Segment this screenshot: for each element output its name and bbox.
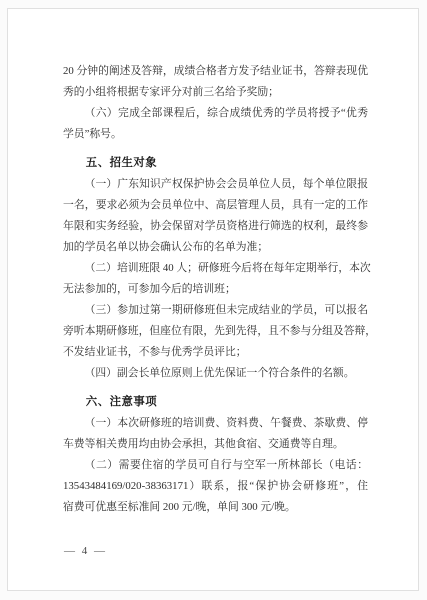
text-line: 年限和实务经验，协会保留对学员资格进行筛选的权利，最终参	[63, 216, 368, 237]
text-line: 学员”称号。	[63, 124, 368, 145]
page-content: 20 分钟的阐述及答辩，成绩合格者方发予结业证书，答辩表现优 秀的小组将根据专家…	[63, 61, 368, 518]
paragraph-note-1: （一）本次研修班的培训费、资料费、午餐费、茶歇费、停 车费等相关费用均由协会承担…	[63, 413, 368, 455]
text-line: 一名，要求必须为会员单位中、高层管理人员，具有一定的工作	[63, 195, 368, 216]
text-line: （四）副会长单位原则上优先保证一个符合条件的名额。	[63, 363, 368, 384]
section-heading-5: 五、招生对象	[63, 153, 368, 174]
text-line: 宿费可优惠至标准间 200 元/晚，单间 300 元/晚。	[63, 497, 368, 518]
paragraph-item-2: （二）培训班限 40 人；研修班今后将在每年定期举行，本次 无法参加的，可参加今…	[63, 258, 368, 300]
text-line: （一）广东知识产权保护协会会员单位人员，每个单位限报	[63, 174, 368, 195]
page-number: — 4 —	[64, 545, 107, 557]
text-line: 不发结业证书，不参与优秀学员评比；	[63, 342, 368, 363]
text-line: 车费等相关费用均由协会承担，其他食宿、交通费等自理。	[63, 434, 368, 455]
paragraph-item-4: （四）副会长单位原则上优先保证一个符合条件的名额。	[63, 363, 368, 384]
paragraph-item-6: （六）完成全部课程后，综合成绩优秀的学员将授予“优秀 学员”称号。	[63, 103, 368, 145]
text-line: （三）参加过第一期研修班但未完成结业的学员，可以报名	[63, 300, 368, 321]
section-heading-6: 六、注意事项	[63, 392, 368, 413]
text-line: （一）本次研修班的培训费、资料费、午餐费、茶歇费、停	[63, 413, 368, 434]
text-line: 旁听本期研修班，但座位有限，先到先得，且不参与分组及答辩，	[63, 321, 368, 342]
text-line: 加的学员名单以协会确认公布的名单为准；	[63, 237, 368, 258]
text-line: 13543484169/020-38363171）联系，报“保护协会研修班”，住	[63, 476, 368, 497]
paragraph-continuation: 20 分钟的阐述及答辩，成绩合格者方发予结业证书，答辩表现优 秀的小组将根据专家…	[63, 61, 368, 103]
paragraph-item-1: （一）广东知识产权保护协会会员单位人员，每个单位限报 一名，要求必须为会员单位中…	[63, 174, 368, 258]
text-line: （六）完成全部课程后，综合成绩优秀的学员将授予“优秀	[63, 103, 368, 124]
text-line: 秀的小组将根据专家评分对前三名给予奖励；	[63, 82, 368, 103]
text-line: 20 分钟的阐述及答辩，成绩合格者方发予结业证书，答辩表现优	[63, 61, 368, 82]
text-line: （二）需要住宿的学员可自行与空军一所林部长（电话：	[63, 455, 368, 476]
paragraph-item-3: （三）参加过第一期研修班但未完成结业的学员，可以报名 旁听本期研修班，但座位有限…	[63, 300, 368, 363]
paragraph-note-2: （二）需要住宿的学员可自行与空军一所林部长（电话： 13543484169/02…	[63, 455, 368, 518]
text-line: （二）培训班限 40 人；研修班今后将在每年定期举行，本次	[63, 258, 368, 279]
document-page: 20 分钟的阐述及答辩，成绩合格者方发予结业证书，答辩表现优 秀的小组将根据专家…	[7, 8, 419, 591]
text-line: 无法参加的，可参加今后的培训班；	[63, 279, 368, 300]
